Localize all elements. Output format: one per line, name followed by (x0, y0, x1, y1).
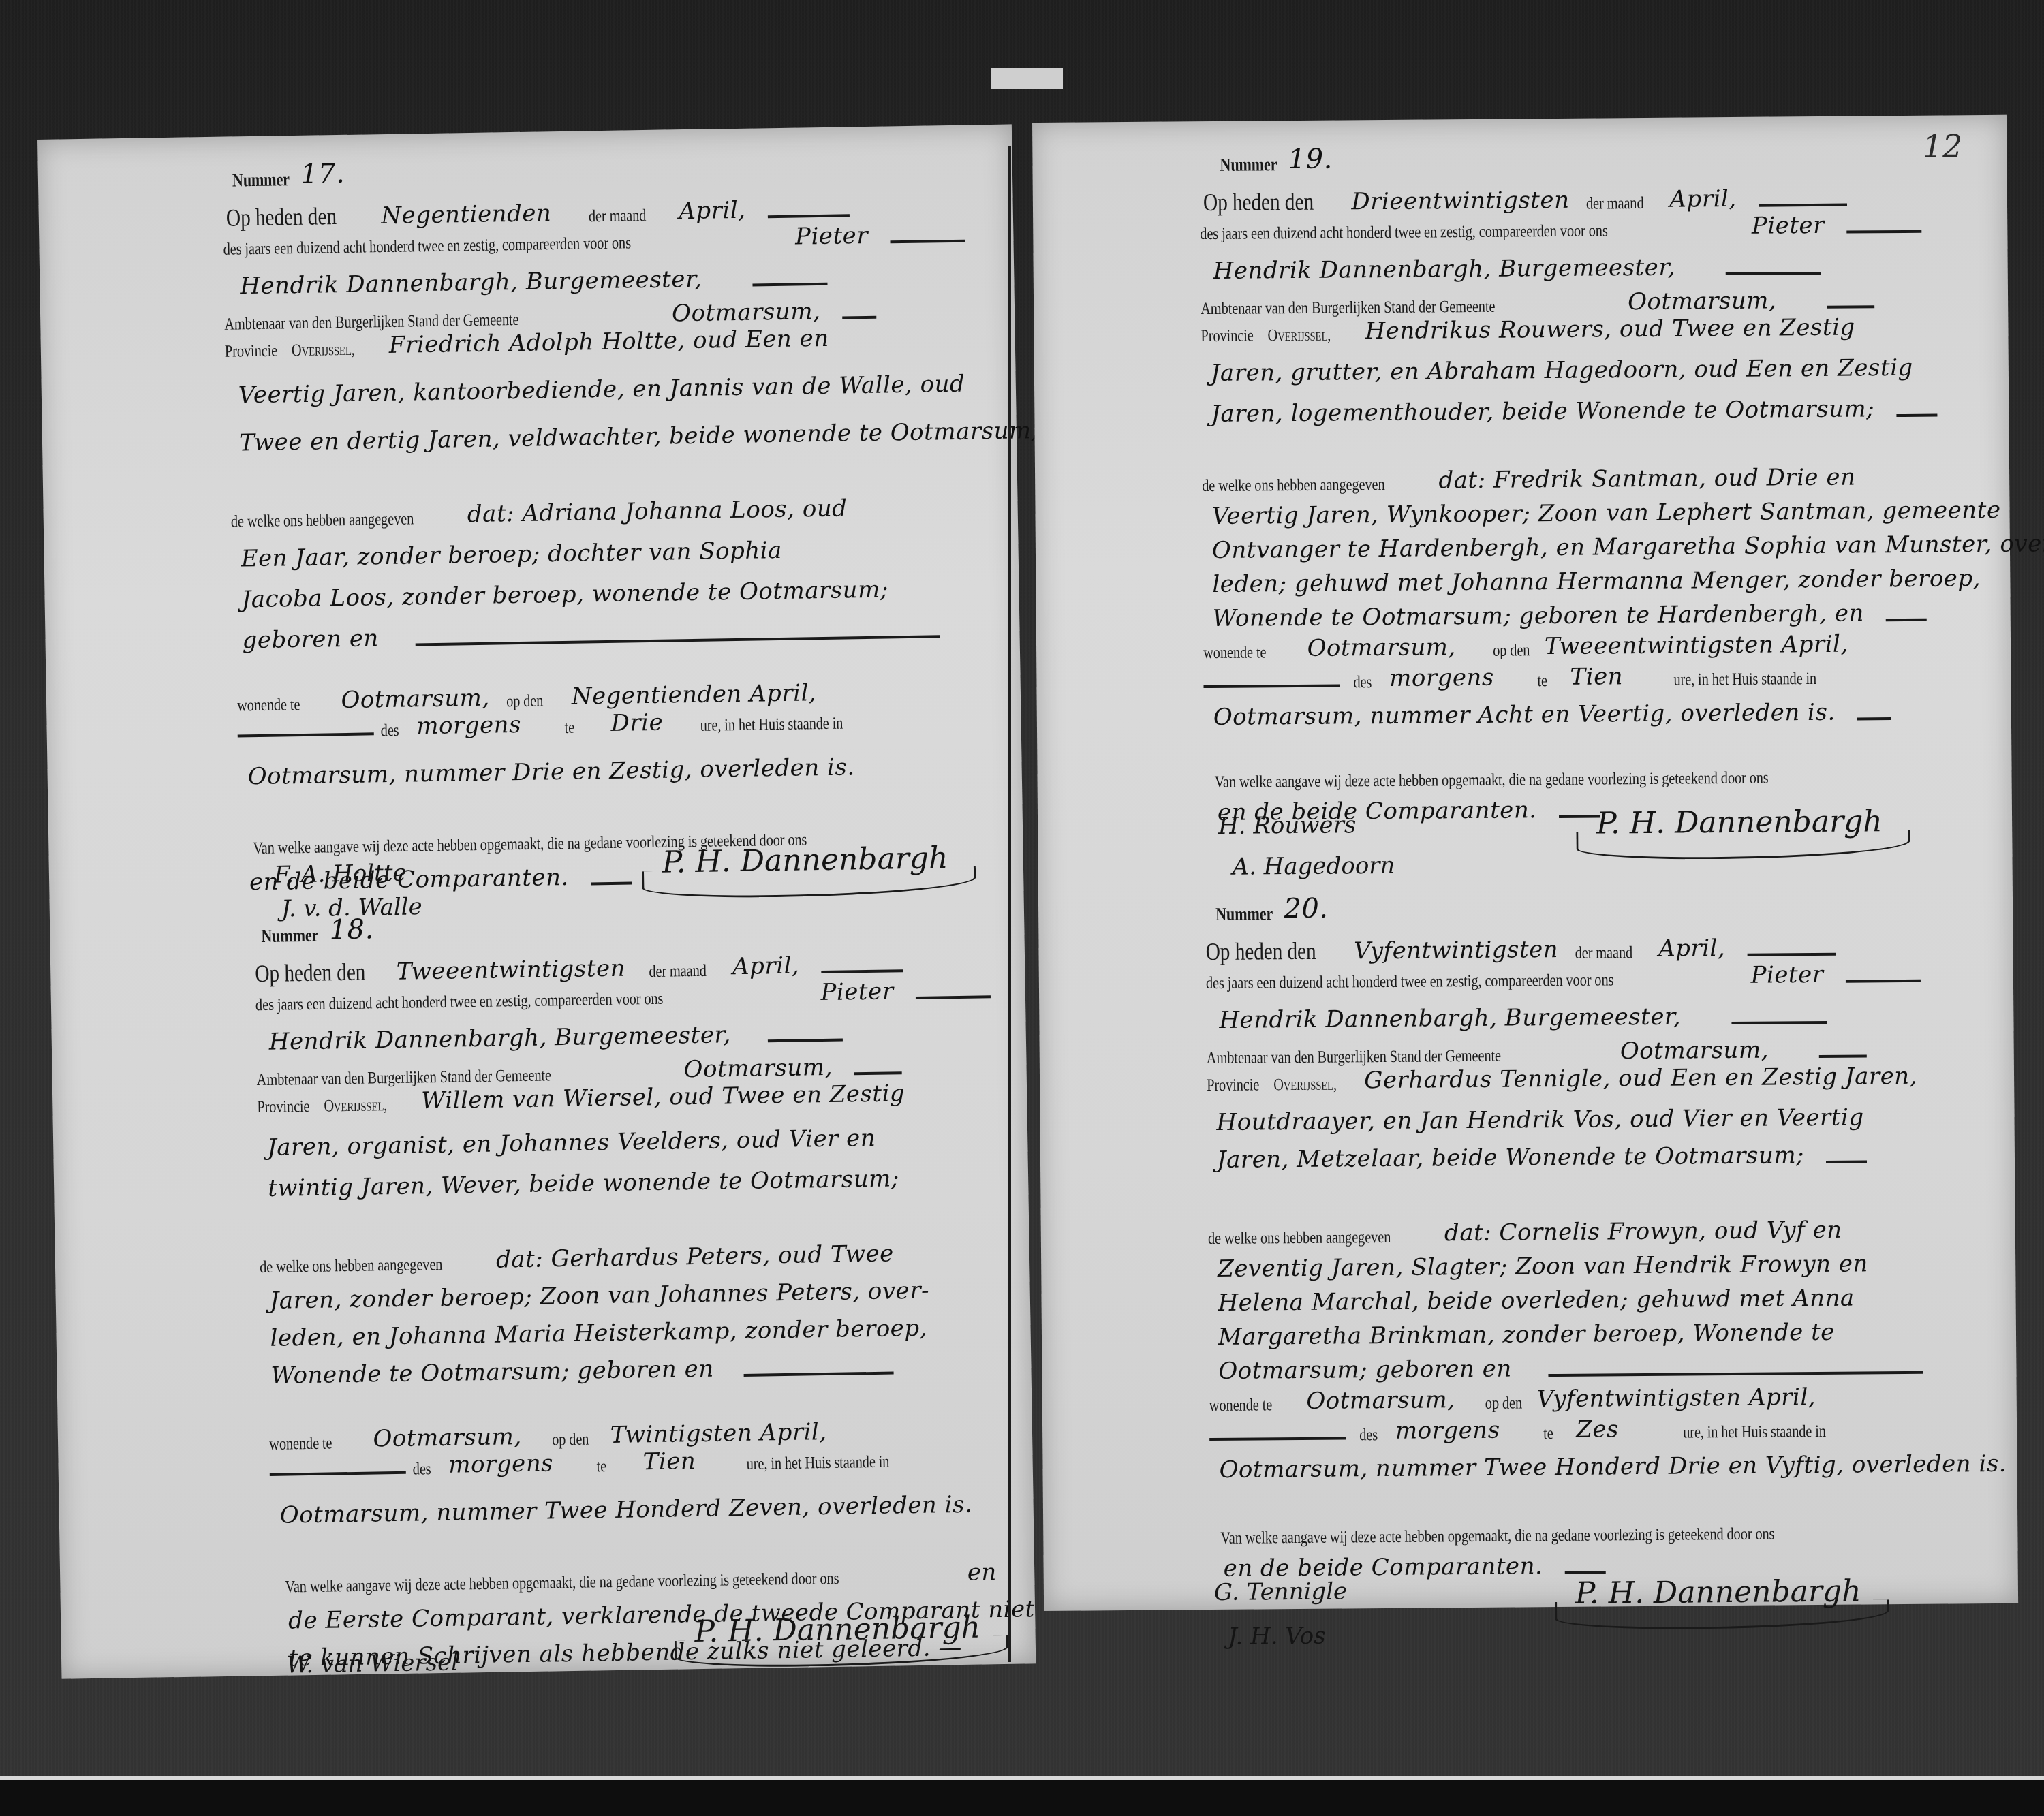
provincie-name: Overijssel, (292, 341, 355, 360)
fill-rule (821, 969, 903, 973)
declaration-line-1: de welke ons hebben aangegeven dat: Fred… (1202, 422, 2010, 496)
residence-value: Ootmarsum, (373, 1423, 522, 1452)
de-welke-label: de welke ons hebben aangegeven (260, 1255, 443, 1277)
witness-signature: W. van Wiersel (286, 1649, 459, 1679)
fill-rule (1819, 1054, 1867, 1058)
des-label: des (1353, 673, 1372, 692)
witnesses-line: Hendrikus Rouwers, oud Twee en Zestig (1365, 314, 1855, 345)
wonende-te-label: wonende te (269, 1434, 332, 1454)
declaration-line-1: de welke ons hebben aangegeven dat: Adri… (230, 444, 1018, 531)
ambtenaar-label: Ambtenaar van den Burgerlijken Stand der… (1207, 1047, 1501, 1068)
nummer-label: Nummer (1220, 154, 1277, 176)
des-label: des (380, 721, 399, 740)
official-first-name: Pieter (820, 977, 894, 1006)
fill-rule (1209, 1437, 1346, 1441)
witnesses-line-3: Jaren, Metzelaar, beide Wonende te Ootma… (1207, 1130, 2015, 1174)
provincie-label: Provincie (225, 342, 278, 362)
ambtenaar-label: Ambtenaar van den Burgerlijken Stand der… (1201, 298, 1495, 319)
fill-rule (1826, 1160, 1867, 1163)
declaration-text: Ootmarsum; geboren en (1218, 1356, 1512, 1385)
month-value: April, (1658, 935, 1725, 962)
residence-value: Ootmarsum, (1307, 633, 1455, 662)
der-maand-label: der maand (588, 206, 646, 226)
witness-signature: G. Tennigle (1214, 1578, 1347, 1606)
hour-value: Tien (642, 1447, 696, 1475)
date-line: Op heden den Drieentwintigsten der maand… (1203, 170, 2007, 217)
provincie-label: Provincie (257, 1097, 310, 1117)
declaration-text: Margaretha Brinkman, zonder beroep, Wone… (1218, 1319, 1835, 1351)
record-17: Nummer 17. Op heden den Negentienden der… (37, 145, 1023, 899)
fill-rule (768, 1039, 843, 1043)
fill-rule (1203, 684, 1340, 688)
witness-signature: J. H. Vos (1228, 1623, 1326, 1650)
house-line: Ootmarsum, nummer Twee Honderd Drie en V… (1209, 1440, 2017, 1484)
record-number-line: Nummer 20. (1215, 885, 2013, 925)
record-number: 19. (1288, 144, 1333, 176)
fill-rule (270, 1471, 406, 1476)
residence-line: wonende te Ootmarsum, op den Twintigsten… (268, 1377, 1032, 1454)
de-welke-label: de welke ons hebben aangegeven (231, 510, 414, 531)
official-signature: P. H. Dannenbargh (694, 1610, 980, 1650)
month-value: April, (732, 952, 800, 981)
fill-rule (1896, 414, 1937, 417)
witnesses-line-2: Houtdraayer, en Jan Hendrik Vos, oud Vie… (1207, 1089, 2014, 1136)
municipality-value: Ootmarsum, (1628, 287, 1776, 315)
der-maand-label: der maand (1575, 943, 1632, 963)
fill-rule (1726, 272, 1821, 275)
provincie-name: Overijssel, (1273, 1076, 1337, 1095)
fill-rule (1747, 953, 1836, 956)
declaration-text: geboren en (242, 625, 379, 654)
record-number: 20. (1284, 893, 1328, 925)
provincie-label: Provincie (1201, 326, 1253, 346)
month-value: April, (1669, 185, 1736, 213)
fill-rule (854, 1071, 902, 1075)
official-first-name: Pieter (1750, 961, 1823, 989)
fill-rule (916, 995, 991, 999)
declaration-text: dat: Fredrik Santman, oud Drie en (1438, 464, 1855, 495)
op-den-label: op den (1485, 1394, 1521, 1413)
witness-signature: F. A. Holtte (274, 860, 407, 889)
hour-value: Tien (1570, 663, 1623, 691)
record-19: Nummer 19. Op heden den Drieentwintigste… (1032, 136, 2012, 828)
left-page: Nummer 17. Op heden den Negentienden der… (37, 125, 1036, 1679)
te-label: te (597, 1457, 607, 1476)
fill-rule (1564, 1571, 1605, 1574)
closing-text: en de beide Comparanten. (1224, 1552, 1543, 1582)
declaration-text: dat: Cornelis Frowyn, oud Vyf en (1444, 1217, 1842, 1247)
municipality-value: Ootmarsum, (683, 1054, 833, 1083)
time-of-day-value: morgens (448, 1450, 553, 1478)
de-welke-label: de welke ons hebben aangegeven (1208, 1228, 1391, 1249)
official-name-title: Hendrik Dannenbargh, Burgemeester, (1213, 254, 1675, 285)
page-tab-marker (991, 68, 1063, 89)
der-maand-label: der maand (649, 962, 707, 982)
fill-rule (1731, 1021, 1827, 1024)
fill-rule (1886, 619, 1927, 621)
fill-rule (1759, 204, 1847, 207)
ure-huis-label: ure, in het Huis staande in (700, 715, 843, 736)
official-signature: P. H. Dannenbargh (662, 841, 948, 880)
op-heden-den-label: Op heden den (1205, 937, 1316, 966)
witness-signature: A. Hagedoorn (1232, 852, 1395, 881)
fill-rule (1559, 815, 1600, 817)
time-of-day-value: morgens (1389, 664, 1494, 692)
hour-value: Drie (610, 709, 663, 737)
death-date-value: Negentienden April, (572, 679, 817, 710)
official-signature: P. H. Dannenbargh (1596, 804, 1883, 841)
te-label: te (1538, 672, 1548, 691)
te-label: te (565, 719, 575, 738)
op-den-label: op den (506, 691, 544, 711)
te-label: te (1543, 1424, 1553, 1443)
record-20: Nummer 20. Op heden den Vyfentwintigsten… (1038, 885, 2018, 1584)
witnesses-line-2: Jaren, grutter, en Abraham Hagedoorn, ou… (1201, 340, 2009, 387)
day-value: Negentienden (381, 200, 552, 230)
time-of-day-value: morgens (1395, 1417, 1500, 1445)
day-value: Vyfentwintigsten (1354, 936, 1558, 965)
fill-rule (1827, 305, 1874, 309)
fill-rule (591, 881, 632, 885)
op-den-label: op den (1493, 641, 1530, 660)
date-line: Op heden den Vyfentwintigsten der maand … (1205, 919, 2013, 966)
wonende-te-label: wonende te (237, 695, 300, 715)
fill-rule (890, 240, 965, 244)
month-value: April, (679, 197, 746, 225)
closing-text: en (967, 1559, 997, 1586)
house-line: Ootmarsum, nummer Acht en Veertig, overl… (1204, 687, 2011, 731)
witness-signature: H. Rouwers (1218, 811, 1356, 840)
ure-huis-label: ure, in het Huis staande in (1683, 1422, 1826, 1443)
death-date-value: Vyfentwintigsten April, (1536, 1383, 1816, 1413)
official-line: Hendrik Dannenbargh, Burgemeester, (1203, 238, 2007, 285)
book-spine (1008, 146, 1011, 1662)
fill-rule (1846, 230, 1921, 234)
record-number: 17. (300, 158, 345, 190)
nummer-label: Nummer (232, 169, 290, 191)
fill-rule (1846, 980, 1921, 983)
witnesses-text: Jaren, Metzelaar, beide Wonende te Ootma… (1217, 1142, 1804, 1174)
fill-rule (238, 732, 374, 737)
official-first-name: Pieter (795, 222, 869, 251)
fill-rule (1857, 717, 1891, 720)
op-heden-den-label: Op heden den (226, 202, 337, 232)
op-heden-den-label: Op heden den (255, 958, 366, 988)
residence-value: Ootmarsum, (1306, 1386, 1455, 1415)
provincie-name: Overijssel, (1267, 326, 1331, 346)
fill-rule (1549, 1371, 1923, 1377)
nummer-label: Nummer (1215, 903, 1273, 925)
declaration-line-1: de welke ons hebben aangegeven dat: Gerh… (259, 1190, 1030, 1277)
fill-rule (842, 316, 876, 319)
closing-printed-line: Van welke aangave wij deze acte hebben o… (1220, 1477, 2018, 1548)
closing-printed-line: Van welke aangave wij deze acte hebben o… (1214, 725, 2012, 792)
provincie-name: Overijssel, (324, 1096, 387, 1116)
hour-value: Zes (1576, 1415, 1619, 1443)
fill-rule (768, 214, 850, 218)
fill-rule (752, 283, 827, 287)
witnesses-line: Gerhardus Tennigle, oud Een en Zestig Ja… (1364, 1063, 1917, 1094)
ure-huis-label: ure, in het Huis staande in (1673, 670, 1816, 690)
record-18: Nummer 18. Op heden den Tweeentwintigste… (50, 901, 1036, 1675)
der-maand-label: der maand (1585, 194, 1643, 214)
witnesses-line-3: Jaren, logementhouder, beide Wonende te … (1201, 381, 2009, 428)
municipality-value: Ootmarsum, (672, 298, 821, 327)
ure-huis-label: ure, in het Huis staande in (746, 1453, 889, 1474)
official-line: Hendrik Dannenbargh, Burgemeester, (1209, 987, 2013, 1034)
scan-bottom-strip (0, 1780, 2044, 1816)
residence-value: Ootmarsum, (341, 685, 490, 714)
right-page: 12 Nummer 19. Op heden den Drieentwintig… (1032, 115, 2018, 1611)
death-date-value: Twintigsten April, (610, 1418, 827, 1449)
record-number: 18. (329, 913, 374, 945)
declaration-line-1: de welke ons hebben aangegeven dat: Corn… (1207, 1168, 2015, 1249)
wonende-te-label: wonende te (1209, 1396, 1273, 1415)
closing-printed-line: Van welke aangave wij deze acte hebben o… (284, 1517, 1034, 1597)
death-date-value: Tweeentwintigsten April, (1545, 631, 1848, 660)
fill-rule (744, 1371, 894, 1376)
de-welke-label: de welke ons hebben aangegeven (1202, 475, 1385, 496)
municipality-value: Ootmarsum, (1620, 1037, 1769, 1065)
provincie-label: Provincie (1207, 1076, 1259, 1095)
nummer-label: Nummer (261, 925, 318, 947)
des-label: des (413, 1460, 431, 1479)
official-first-name: Pieter (1752, 212, 1825, 240)
official-name-title: Hendrik Dannenbargh, Burgemeester, (1219, 1003, 1681, 1034)
day-value: Tweeentwintigsten (396, 955, 625, 986)
op-den-label: op den (552, 1430, 589, 1450)
time-of-day-value: morgens (416, 711, 521, 740)
official-signature: P. H. Dannenbargh (1575, 1574, 1861, 1611)
wonende-te-label: wonende te (1203, 643, 1267, 663)
day-value: Drieentwintigsten (1351, 187, 1569, 216)
record-number-line: Nummer 19. (1220, 136, 2007, 176)
des-label: des (1359, 1426, 1378, 1445)
op-heden-den-label: Op heden den (1203, 187, 1314, 217)
